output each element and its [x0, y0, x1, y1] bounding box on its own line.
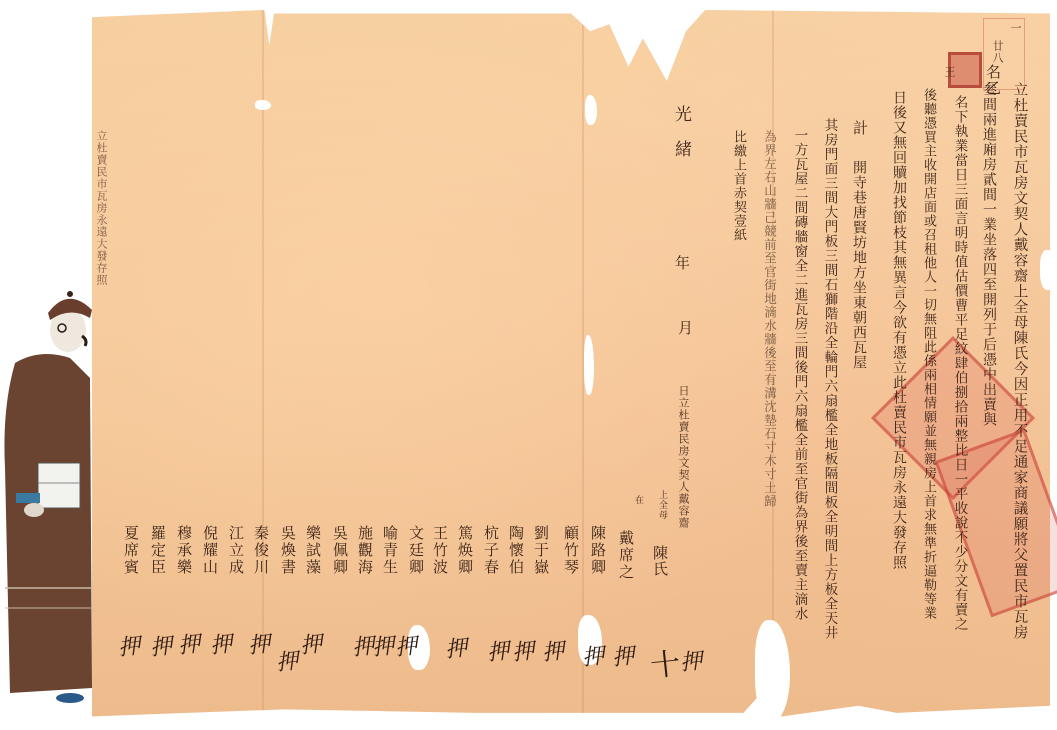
- witness-name: 顧竹琴: [563, 525, 578, 576]
- signature-mark: 押: [274, 644, 299, 677]
- signature-mark: 押: [610, 639, 635, 672]
- witness-name: 杭子春: [483, 525, 498, 576]
- witness-name: 劉于嶽: [533, 525, 548, 576]
- signature-mark: 押: [208, 627, 233, 660]
- witness-name: 施觀海: [357, 525, 372, 576]
- signature-mark: 押: [443, 631, 468, 664]
- left-edge-note: 立杜賣民市瓦房永遠大發存照: [96, 130, 107, 286]
- witness-name: 秦俊川: [253, 525, 268, 576]
- deed-text-column: 日後又無回贖加找節枝其無異言今欲有憑立此杜賣民市瓦房永遠大發存照: [892, 90, 906, 570]
- blue-cuff: [16, 493, 40, 503]
- witness-name: 篤焕卿: [457, 525, 472, 576]
- witness-name: 陳路卿: [590, 525, 605, 576]
- signature-mark: 押: [298, 627, 323, 660]
- date-day-party: 日立杜賣民房文契人戴容齋: [678, 385, 689, 529]
- signature-mark: 押: [580, 639, 605, 672]
- deed-text-column: 後聽憑買主收開店面或召租他人一切無阻此係兩相情願並無親房上首求無準折逼勒等業: [922, 88, 935, 620]
- signature-mark: 押: [246, 627, 271, 660]
- co-signer-label: 上全母: [657, 490, 666, 520]
- witness-name: 吳佩卿: [332, 525, 347, 576]
- margin-note: 王: [944, 66, 955, 78]
- deed-text-column: 為界左右山牆己競前至官街地滴水牆後至有溝沈墊石寸木寸土歸: [763, 130, 776, 508]
- witness-label: 在: [633, 495, 642, 505]
- deed-text-column: 其房門面三間大門板三間石獅階沿全輪門六扇檻全地板隔間板全明間上方板全天井: [822, 118, 836, 640]
- deed-text-column: 叁間兩進廂房貳間一業坐落四至開列于后憑中出賣與: [982, 82, 996, 427]
- signature-mark: 押: [116, 629, 141, 662]
- signature-mark: 押: [485, 634, 510, 667]
- cap-knob: [67, 291, 73, 297]
- deed-text-heading: 計: [852, 120, 867, 136]
- paper-hole: [255, 100, 271, 110]
- shoe: [56, 693, 84, 703]
- paper-edge-tear: [1040, 250, 1057, 290]
- co-signer-name: 陳氏: [652, 545, 667, 577]
- witness-name: 夏席賓: [123, 525, 138, 576]
- deed-text-column: 一方瓦屋二間磚牆窗全二進瓦房三間後門六扇檻全前至官街為界後至賣主滴水: [792, 128, 806, 621]
- deed-text-column: 比繳上首赤契壹紙: [732, 130, 745, 242]
- white-box: [38, 463, 80, 508]
- paper-fold-line: [262, 10, 264, 720]
- signature-mark: 押: [350, 629, 375, 662]
- signature-mark: 押: [148, 629, 173, 662]
- witness-name: 穆承樂: [176, 525, 191, 576]
- date-month: 月: [677, 320, 692, 336]
- witness-name: 王竹波: [432, 525, 447, 576]
- era-char: 緒: [672, 140, 689, 158]
- witness-name: 樂試藻: [305, 525, 320, 576]
- deed-text-column: 名下執業當日三面言明時值估價曹平足紋肆伯捌拾兩整比日一平收說不少分文有賣之: [952, 95, 966, 632]
- date-year: 年: [674, 255, 689, 271]
- witness-name: 戴席之: [618, 530, 633, 581]
- signature-mark: 十: [648, 639, 682, 686]
- signature-mark: 押: [176, 627, 201, 660]
- witness-name: 羅定臣: [150, 525, 165, 576]
- era-char: 光: [672, 105, 689, 123]
- signature-mark: 押: [678, 644, 703, 677]
- signature-mark: 押: [393, 629, 418, 662]
- witness-name: 陶懷伯: [508, 525, 523, 576]
- deed-text-column: 開寺巷唐賢坊地方坐東朝西瓦屋: [852, 160, 866, 370]
- paper-hole: [585, 95, 597, 125]
- margin-note: 一: [1010, 22, 1021, 34]
- witness-name: 倪耀山: [202, 525, 217, 576]
- signature-mark: 押: [540, 634, 565, 667]
- witness-name: 江立成: [228, 525, 243, 576]
- witness-name: 喻青生: [382, 525, 397, 576]
- signature-mark: 押: [510, 634, 535, 667]
- margin-note: 廿八: [992, 40, 1003, 64]
- witness-name: 吳煥書: [280, 525, 295, 576]
- painted-figure: [0, 288, 100, 708]
- deed-text-column: 立杜賣民市瓦房文契人戴容齋上全母陳氏今因正用不足通家商議願將父置民市瓦房: [1012, 82, 1027, 640]
- witness-name: 文廷卿: [408, 525, 423, 576]
- hand: [24, 503, 44, 517]
- robe: [4, 354, 92, 693]
